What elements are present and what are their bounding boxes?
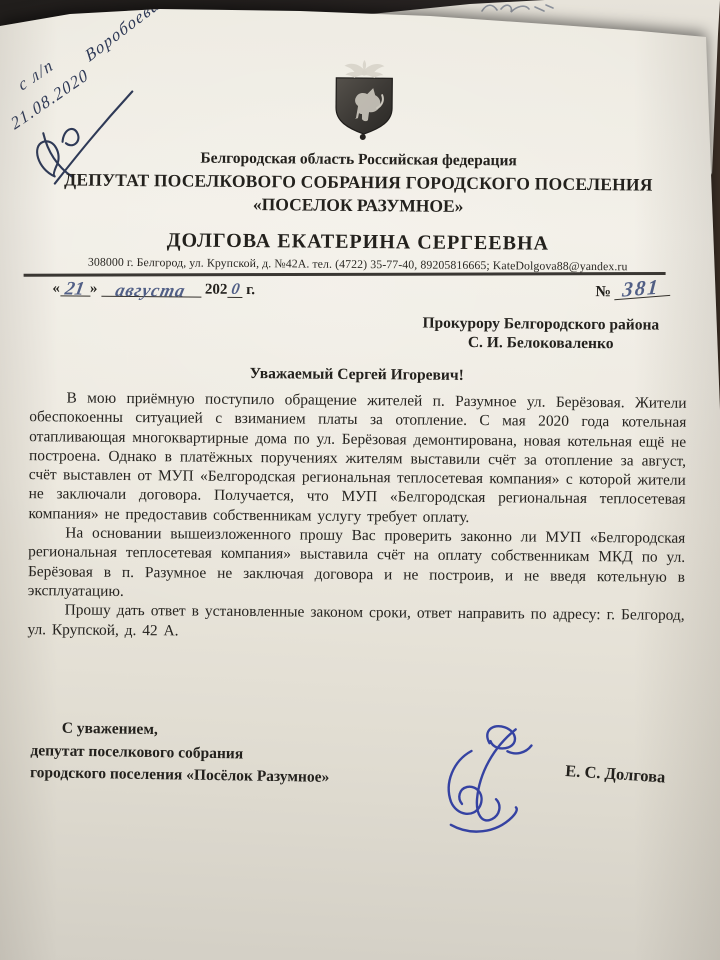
- letter-paper-wrap: с л/п 21.08.2020 Воробоева: [0, 0, 720, 960]
- closing-block: С уважением, депутат поселкового собрани…: [30, 717, 330, 789]
- letterhead-divider: [24, 272, 666, 276]
- body-paragraph-1: В мою приёмную поступило обращение жител…: [28, 388, 686, 529]
- date-day-value: 21: [64, 282, 85, 296]
- registration-note-line1: с л/п: [15, 55, 57, 96]
- date-month-value: августа: [114, 283, 187, 298]
- registration-note: с л/п 21.08.2020 Воробоева: [0, 0, 266, 234]
- number-value: 381: [623, 280, 661, 297]
- letter-content: с л/п 21.08.2020 Воробоева: [0, 0, 720, 960]
- signature-scribble-icon: [435, 721, 568, 844]
- registration-note-name: Воробоева: [82, 0, 163, 67]
- organization-line-1: ДЕПУТАТ ПОСЕЛКОВОГО СОБРАНИЯ ГОРОДСКОГО …: [0, 169, 718, 196]
- date-day-field: 21: [60, 280, 90, 296]
- addressee-line-2: С. И. Белоковаленко: [422, 333, 659, 354]
- document-number: № 381: [595, 282, 671, 302]
- closing-line-2: депутат поселкового собрания: [30, 740, 330, 767]
- photo-scene: с л/п 21.08.2020 Воробоева: [0, 0, 720, 960]
- registration-note-date: 21.08.2020: [8, 64, 92, 134]
- number-field: 381: [613, 278, 670, 300]
- closing-line-1: С уважением,: [62, 718, 331, 745]
- date-month-field: августа: [101, 280, 201, 298]
- region-line: Белгородская область Российская федераци…: [0, 148, 719, 172]
- date-line: «21» августа 2020 г.: [52, 279, 255, 299]
- body-paragraph-2: На основании вышеизложенного прошу Вас п…: [28, 523, 686, 606]
- date-year-digit: 0: [230, 283, 240, 297]
- organization-line-2: «ПОСЕЛОК РАЗУМНОЕ»: [0, 192, 718, 219]
- number-label: №: [595, 283, 611, 300]
- letter-body: В мою приёмную поступило обращение жител…: [27, 388, 686, 645]
- closing-line-3: городского поселения «Посёлок Разумное»: [30, 762, 330, 789]
- salutation: Уважаемый Сергей Игоревич!: [0, 363, 717, 387]
- date-year-printed: 202: [205, 282, 228, 298]
- signer-name: Е. С. Долгова: [565, 761, 666, 787]
- letter-paper: с л/п 21.08.2020 Воробоева: [0, 0, 720, 960]
- addressee-line-1: Прокурору Белгородского района: [422, 315, 659, 336]
- contact-line: 308000 г. Белгород, ул. Крупской, д. №42…: [0, 254, 718, 275]
- coat-of-arms-icon: [329, 56, 400, 143]
- addressee-block: Прокурору Белгородского района С. И. Бел…: [422, 315, 659, 354]
- date-year-field: 0: [227, 283, 242, 298]
- registration-signature-scribble-icon: [19, 72, 161, 197]
- deputy-name: ДОЛГОВА ЕКАТЕРИНА СЕРГЕЕВНА: [0, 228, 718, 257]
- body-paragraph-3: Прошу дать ответ в установленные законом…: [27, 600, 684, 644]
- date-year-suffix: г.: [246, 282, 255, 298]
- date-open-quote: «: [52, 280, 60, 296]
- date-close-quote: »: [90, 281, 98, 297]
